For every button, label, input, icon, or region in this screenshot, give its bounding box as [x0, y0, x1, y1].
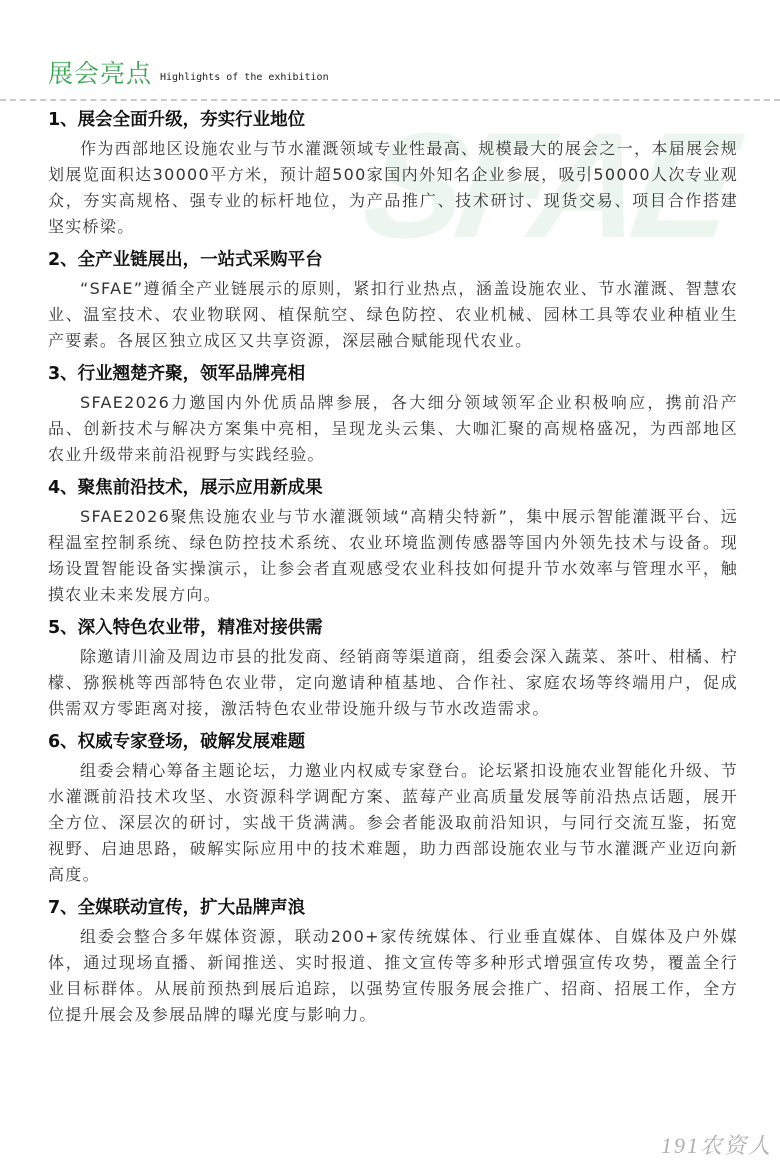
highlight-section-5: 5、深入特色农业带，精准对接供需 除邀请川渝及周边市县的批发商、经销商等渠道商，…	[48, 612, 738, 722]
section-body: 组委会整合多年媒体资源，联动200+家传统媒体、行业垂直媒体、自媒体及户外媒体，…	[48, 924, 738, 1028]
dashed-divider	[0, 99, 780, 101]
section-heading: 7、全媒联动宣传，扩大品牌声浪	[48, 892, 738, 924]
page-subtitle: Highlights of the exhibition	[160, 66, 329, 90]
section-body: SFAE2026力邀国内外优质品牌参展，各大细分领域领军企业积极响应，携前沿产品…	[48, 390, 738, 468]
page-title: 展会亮点	[48, 58, 152, 90]
section-heading: 5、深入特色农业带，精准对接供需	[48, 612, 738, 644]
highlight-section-3: 3、行业翘楚齐聚，领军品牌亮相 SFAE2026力邀国内外优质品牌参展，各大细分…	[48, 358, 738, 468]
section-heading: 3、行业翘楚齐聚，领军品牌亮相	[48, 358, 738, 390]
section-body: 作为西部地区设施农业与节水灌溉领域专业性最高、规模最大的展会之一，本届展会规划展…	[48, 136, 738, 240]
highlight-section-4: 4、聚焦前沿技术，展示应用新成果 SFAE2026聚焦设施农业与节水灌溉领域“高…	[48, 472, 738, 608]
page-header: 展会亮点 Highlights of the exhibition	[48, 50, 329, 90]
highlight-section-1: 1、展会全面升级，夯实行业地位 作为西部地区设施农业与节水灌溉领域专业性最高、规…	[48, 104, 738, 240]
section-body: 组委会精心筹备主题论坛，力邀业内权威专家登台。论坛紧扣设施农业智能化升级、节水灌…	[48, 758, 738, 888]
highlight-section-6: 6、权威专家登场，破解发展难题 组委会精心筹备主题论坛，力邀业内权威专家登台。论…	[48, 726, 738, 888]
section-body: “SFAE”遵循全产业链展示的原则，紧扣行业热点，涵盖设施农业、节水灌溉、智慧农…	[48, 276, 738, 354]
highlight-section-7: 7、全媒联动宣传，扩大品牌声浪 组委会整合多年媒体资源，联动200+家传统媒体、…	[48, 892, 738, 1028]
highlights-content: 1、展会全面升级，夯实行业地位 作为西部地区设施农业与节水灌溉领域专业性最高、规…	[48, 104, 738, 1032]
section-heading: 4、聚焦前沿技术，展示应用新成果	[48, 472, 738, 504]
section-body: 除邀请川渝及周边市县的批发商、经销商等渠道商，组委会深入蔬菜、茶叶、柑橘、柠檬、…	[48, 644, 738, 722]
section-body: SFAE2026聚焦设施农业与节水灌溉领域“高精尖特新”，集中展示智能灌溉平台、…	[48, 504, 738, 608]
section-heading: 2、全产业链展出，一站式采购平台	[48, 244, 738, 276]
section-heading: 1、展会全面升级，夯实行业地位	[48, 104, 738, 136]
section-heading: 6、权威专家登场，破解发展难题	[48, 726, 738, 758]
corner-watermark: 191农资人	[661, 1129, 772, 1160]
highlight-section-2: 2、全产业链展出，一站式采购平台 “SFAE”遵循全产业链展示的原则，紧扣行业热…	[48, 244, 738, 354]
